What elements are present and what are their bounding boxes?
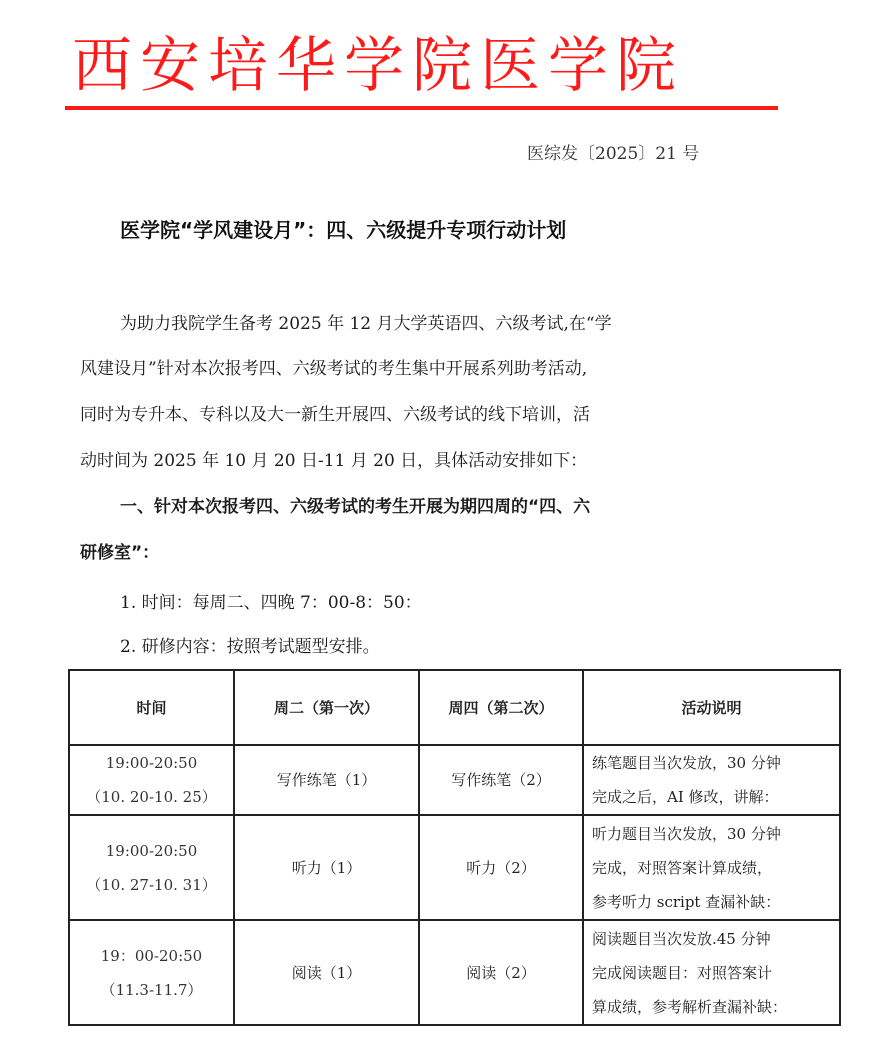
description-line: 参考听力 script 查漏补缺： [592,885,831,919]
time-cell: 19:00-20:50 （10. 27-10. 31） [69,815,234,920]
thursday-cell: 听力（2） [419,815,583,920]
time-range: 19:00-20:50 [76,746,227,780]
schedule-content-item: 2. 研修内容：按照考试题型安排。 [120,632,810,662]
time-range: 19:00-20:50 [76,834,227,868]
description-line: 听力题目当次发放，30 分钟 [592,817,831,851]
section-one-heading-line-1: 一、针对本次报考四、六级考试的考生开展为期四周的“四、六 [80,492,770,522]
header-description: 活动说明 [583,670,840,745]
time-cell: 19:00-20:50 （10. 20-10. 25） [69,745,234,815]
description-line: 完成之后，AI 修改，讲解： [592,780,831,814]
header-thursday: 周四（第二次） [419,670,583,745]
description-line: 练笔题目当次发放，30 分钟 [592,746,831,780]
tuesday-cell: 写作练笔（1） [234,745,419,815]
thursday-cell: 阅读（2） [419,920,583,1025]
description-line: 完成，对照答案计算成绩， [592,851,831,885]
description-cell: 阅读题目当次发放.45 分钟 完成阅读题目：对照答案计 算成绩，参考解析查漏补缺… [583,920,840,1025]
time-cell: 19：00-20:50 （11.3-11.7） [69,920,234,1025]
description-line: 完成阅读题目：对照答案计 [592,956,831,990]
tuesday-cell: 阅读（1） [234,920,419,1025]
document-title: 医学院“学风建设月”：四、六级提升专项行动计划 [120,215,760,245]
header-time: 时间 [69,670,234,745]
masthead-divider [65,106,778,110]
header-tuesday: 周二（第一次） [234,670,419,745]
date-range: （10. 27-10. 31） [76,868,227,902]
schedule-table: 时间 周二（第一次） 周四（第二次） 活动说明 19:00-20:50 （10.… [68,669,841,1026]
date-range: （11.3-11.7） [76,973,227,1007]
schedule-time-item: 1. 时间：每周二、四晚 7：00-8：50： [120,588,810,618]
section-one-heading-line-2: 研修室”： [80,538,770,568]
table-header-row: 时间 周二（第一次） 周四（第二次） 活动说明 [69,670,840,745]
table-row: 19:00-20:50 （10. 20-10. 25） 写作练笔（1） 写作练笔… [69,745,840,815]
table-row: 19：00-20:50 （11.3-11.7） 阅读（1） 阅读（2） 阅读题目… [69,920,840,1025]
date-range: （10. 20-10. 25） [76,780,227,814]
institution-masthead: 西安培华学院医学院 [72,34,792,98]
table-row: 19:00-20:50 （10. 27-10. 31） 听力（1） 听力（2） … [69,815,840,920]
intro-line-3: 同时为专升本、专科以及大一新生开展四、六级考试的线下培训，活 [80,400,770,430]
document-number: 医综发〔2025〕21 号 [527,142,699,166]
thursday-cell: 写作练笔（2） [419,745,583,815]
intro-line-1: 为助力我院学生备考 2025 年 12 月大学英语四、六级考试,在“学 [80,309,770,339]
time-range: 19：00-20:50 [76,939,227,973]
tuesday-cell: 听力（1） [234,815,419,920]
intro-line-2: 风建设月”针对本次报考四、六级考试的考生集中开展系列助考活动, [80,354,770,384]
description-line: 阅读题目当次发放.45 分钟 [592,922,831,956]
description-cell: 练笔题目当次发放，30 分钟 完成之后，AI 修改，讲解： [583,745,840,815]
description-line: 算成绩，参考解析查漏补缺： [592,990,831,1024]
intro-line-4: 动时间为 2025 年 10 月 20 日-11 月 20 日，具体活动安排如下… [80,446,770,476]
description-cell: 听力题目当次发放，30 分钟 完成，对照答案计算成绩， 参考听力 script … [583,815,840,920]
